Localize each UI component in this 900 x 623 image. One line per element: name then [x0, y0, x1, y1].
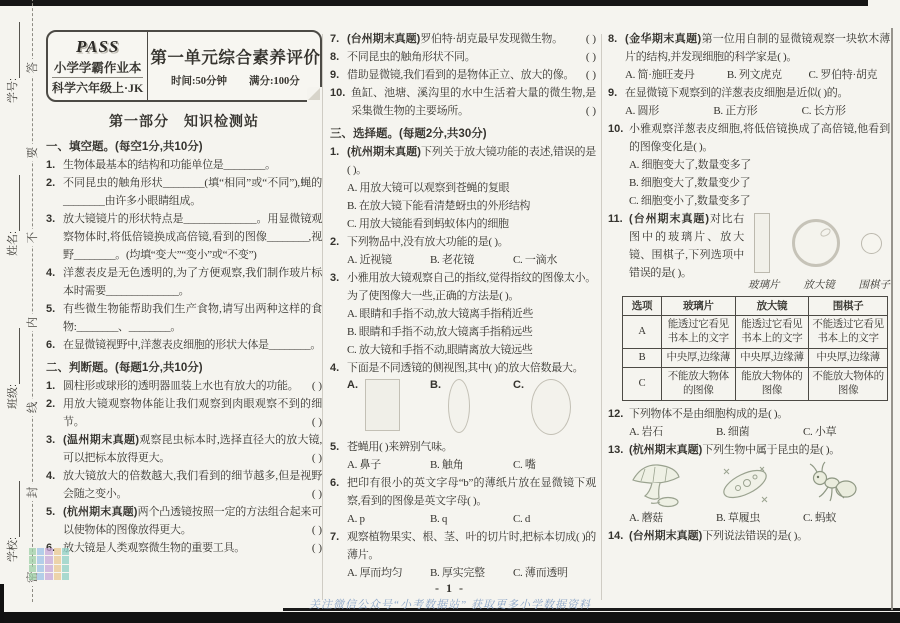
- source-tag: (台州期末真题): [347, 33, 420, 45]
- answer-bracket: ( ): [586, 102, 596, 120]
- q11-comparison-table: 选项 玻璃片 放大镜 围棋子 A 能透过它看见书本上的文字 能透过它看见书本上的…: [622, 296, 888, 401]
- choice-q3-option-a: A. 眼睛和手指不动,放大镜离手指稍近些: [330, 305, 596, 323]
- option: C. 小草: [803, 423, 890, 441]
- question-text: 罗伯特·胡克最早发现微生物。: [420, 33, 562, 45]
- table-header: 选项: [623, 297, 662, 316]
- question-text: 生物体最基本的结构和功能单位是________。: [63, 159, 276, 171]
- choice-q11: 11.(台州期末真题)对比右图中的玻璃片、放大镜、围棋子,下列选项中错误的是( …: [608, 210, 890, 282]
- option: A. 岩石: [629, 423, 716, 441]
- name-blank: [8, 175, 20, 231]
- question-number: 8.: [330, 48, 339, 66]
- series-name: 小学学霸作业本: [54, 58, 142, 76]
- question-text: 下面是不同透镜的侧视图,其中( )的放大倍数最大。: [347, 362, 583, 374]
- table-cell: 不能透过它看见书本上的文字: [809, 316, 888, 349]
- name-field: 姓名:: [4, 175, 20, 256]
- column-3: 8.(金华期末真题)第一位用自制的显微镜观察一块软木薄片的结构,并发现细胞的科学…: [608, 30, 890, 545]
- colorful-watermark-logo: [29, 548, 69, 580]
- question-text: 苍蝇用( )来辨别气味。: [347, 441, 452, 453]
- option: A. p: [347, 510, 430, 528]
- option: B. 细菌: [716, 423, 803, 441]
- flat-lens-figure: [365, 379, 400, 431]
- judge-q3: 3.(温州期末真题)观察昆虫标本时,选择直径大的放大镜,可以把标本放得更大。( …: [46, 431, 322, 467]
- school-blank: [8, 481, 20, 537]
- choice-q6-options: A. p B. q C. d: [330, 510, 596, 528]
- choice-q10: 10.小雅观察洋葱表皮细胞,将低倍镜换成了高倍镜,他看到的图像变化是( )。: [608, 120, 890, 156]
- fill-section-heading: 一、填空题。(每空1分,共10分): [46, 138, 322, 154]
- table-cell: 不能放大物体的图像: [809, 368, 888, 401]
- option: A. 厚而均匀: [347, 564, 430, 582]
- option: A. 圆形: [625, 102, 713, 120]
- footer-watermark: 关注微信公众号“小考数据站” 获取更多小学数据资料: [0, 596, 900, 612]
- choice-q2-options: A. 近视镜 B. 老花镜 C. 一滴水: [330, 251, 596, 269]
- option: C. 罗伯特·胡克: [808, 66, 890, 84]
- question-number: 7.: [330, 528, 339, 546]
- question-text: 不同昆虫的触角形状________(填“相同”或“不同”),蝇的________…: [63, 177, 322, 207]
- question-text: 观察植物果实、根、茎、叶的切片时,把标本切成( )的薄片。: [347, 531, 596, 561]
- option-label: A.: [347, 379, 358, 435]
- paper-title: 第一单元综合素养评价: [150, 44, 320, 68]
- page-right-edge: [891, 28, 893, 610]
- table-header: 放大镜: [735, 297, 809, 316]
- answer-bracket: ( ): [586, 30, 596, 48]
- choice-q3-option-c: C. 放大镜和手指不动,眼睛离放大镜远些: [330, 341, 596, 359]
- option: B. 厚实完整: [430, 564, 513, 582]
- source-tag: (台州期末真题): [629, 530, 702, 542]
- q13-organism-figures: [608, 461, 890, 509]
- choice-q3-option-b: B. 眼睛和手指不动,放大镜离手指稍远些: [330, 323, 596, 341]
- choice-q8: 8.(金华期末真题)第一位用自制的显微镜观察一块软木薄片的结构,并发现细胞的科学…: [608, 30, 890, 66]
- scan-edge-top: [0, 0, 868, 6]
- question-text: 放大镜是人类观察微生物的重要工具。: [63, 542, 245, 554]
- class-blank: [8, 328, 20, 384]
- answer-bracket: ( ): [312, 539, 322, 557]
- choice-q12-options: A. 岩石 B. 细菌 C. 小草: [608, 423, 890, 441]
- table-row: A 能透过它看见书本上的文字 能透过它看见书本上的文字 不能透过它看见书本上的文…: [623, 316, 888, 349]
- choice-q1: 1.(杭州期末真题)下列关于放大镜功能的表述,错误的是( )。: [330, 143, 596, 179]
- choice-q8-options: A. 简·施旺麦丹 B. 列文虎克 C. 罗伯特·胡克: [608, 66, 890, 84]
- table-cell: 中央厚,边缘薄: [735, 349, 809, 368]
- table-header-row: 选项 玻璃片 放大镜 围棋子: [623, 297, 888, 316]
- judge-q4: 4.放大镜放大的倍数越大,我们看到的细节越多,但是视野会随之变小。( ): [46, 467, 322, 503]
- thick-convex-lens-figure: [531, 379, 571, 435]
- answer-bracket: ( ): [586, 48, 596, 66]
- source-tag: (杭州期末真题): [629, 444, 702, 456]
- question-number: 11.: [608, 210, 623, 228]
- option: A. 简·施旺麦丹: [625, 66, 727, 84]
- question-text: 下列生物中属于昆虫的是( )。: [702, 444, 840, 456]
- table-cell: 中央厚,边缘薄: [809, 349, 888, 368]
- source-tag: (温州期末真题): [63, 434, 139, 446]
- option: C. d: [513, 510, 596, 528]
- fill-q1: 1.生物体最基本的结构和功能单位是________。: [46, 156, 322, 174]
- choice-q3: 3.小雅用放大镜观察自己的指纹,觉得指纹的图像太小。为了使图像大一些,正确的方法…: [330, 269, 596, 305]
- pass-logo: PASS: [76, 37, 119, 57]
- question-number: 1.: [330, 143, 339, 161]
- choice-q10-option-b: B. 细胞变大了,数量变少了: [608, 174, 890, 192]
- question-number: 3.: [46, 431, 55, 449]
- part1-title: 第一部分 知识检测站: [46, 111, 322, 131]
- option: B. 正方形: [713, 102, 801, 120]
- question-number: 4.: [330, 359, 339, 377]
- class-label: 班级:: [4, 384, 20, 409]
- question-number: 5.: [46, 503, 55, 521]
- edition-name: 科学六年级上·JK: [52, 77, 143, 96]
- judge-q1: 1.圆柱形或球形的透明器皿装上水也有放大的功能。( ): [46, 377, 322, 395]
- answer-bracket: ( ): [312, 377, 322, 395]
- choice-q7-options: A. 厚而均匀 B. 厚实完整 C. 薄而透明: [330, 564, 596, 582]
- question-number: 7.: [330, 30, 339, 48]
- source-tag: (杭州期末真题): [347, 146, 421, 158]
- judge-q6: 6.放大镜是人类观察微生物的重要工具。( ): [46, 539, 322, 557]
- option: B. 触角: [430, 456, 513, 474]
- paper-header: PASS 小学学霸作业本 科学六年级上·JK 第一单元综合素养评价 时间:50分…: [46, 30, 322, 102]
- choice-q6: 6.把印有很小的英文字母“b”的薄纸片放在显微镜下观察,看到的图像是英文字母( …: [330, 474, 596, 510]
- judge-q8: 8.不同昆虫的触角形状不同。( ): [330, 48, 596, 66]
- answer-bracket: ( ): [312, 521, 322, 539]
- table-header: 玻璃片: [662, 297, 736, 316]
- table-row: B 中央厚,边缘薄 中央厚,边缘薄 中央厚,边缘薄: [623, 349, 888, 368]
- choice-q2: 2.下列物品中,没有放大功能的是( )。: [330, 233, 596, 251]
- question-number: 9.: [330, 66, 339, 84]
- question-number: 3.: [46, 210, 55, 228]
- option: C. 蚂蚁: [803, 509, 890, 527]
- question-text: 小雅用放大镜观察自己的指纹,觉得指纹的图像太小。为了使图像大一些,正确的方法是(…: [347, 272, 596, 302]
- choice-q7: 7.观察植物果实、根、茎、叶的切片时,把标本切成( )的薄片。: [330, 528, 596, 564]
- judge-q10: 10.鱼缸、池塘、溪沟里的水中生活着大量的微生物,是采集微生物的主要场所。( ): [330, 84, 596, 120]
- question-text: 把印有很小的英文字母“b”的薄纸片放在显微镜下观察,看到的图像是英文字母( )。: [347, 477, 596, 507]
- question-number: 9.: [608, 84, 617, 102]
- answer-bracket: ( ): [312, 413, 322, 431]
- source-tag: (杭州期末真题): [63, 506, 137, 518]
- binding-seal-line: 密 封 线 内 不 要 答 题: [24, 0, 40, 612]
- judge-q9: 9.借助显微镜,我们看到的是物体正立、放大的像。( ): [330, 66, 596, 84]
- question-text: 下列物体不是由细胞构成的是( )。: [629, 408, 788, 420]
- question-text: 在显微镜视野中,洋葱表皮细胞的形状大体是________。: [63, 339, 321, 351]
- option: B. 老花镜: [430, 251, 513, 269]
- fill-q3: 3.放大镜镜片的形状特点是______________。用显微镜观察物体时,将低…: [46, 210, 322, 264]
- choice-q10-option-c: C. 细胞变小了,数量变多了: [608, 192, 890, 210]
- seal-char: 答: [24, 59, 40, 77]
- question-text: 圆柱形或球形的透明器皿装上水也有放大的功能。: [63, 380, 298, 392]
- column-divider-2: [601, 34, 602, 600]
- dog-ear-corner: [307, 87, 322, 102]
- table-header: 围棋子: [809, 297, 888, 316]
- table-cell: 中央厚,边缘薄: [662, 349, 736, 368]
- school-field: 学校:: [4, 481, 20, 562]
- question-number: 8.: [608, 30, 617, 48]
- choice-q12: 12.下列物体不是由细胞构成的是( )。: [608, 405, 890, 423]
- source-tag: (台州期末真题): [629, 213, 709, 225]
- student-id-field: 学号:: [4, 22, 20, 103]
- option: A. 鼻子: [347, 456, 430, 474]
- table-cell: 能透过它看见书本上的文字: [735, 316, 809, 349]
- lens-side-view-figures: A. B. C.: [330, 379, 596, 435]
- choice-q5: 5.苍蝇用( )来辨别气味。: [330, 438, 596, 456]
- table-cell: 能放大物体的图像: [735, 368, 809, 401]
- student-id-blank: [8, 22, 20, 78]
- fill-q4: 4.洋葱表皮是无色透明的,为了方便观察,我们制作玻片标本时需要_________…: [46, 264, 322, 300]
- thin-convex-lens-figure: [448, 379, 470, 433]
- question-text: 不同昆虫的触角形状不同。: [347, 51, 475, 63]
- option: B. q: [430, 510, 513, 528]
- row-option: C: [623, 368, 662, 401]
- question-text: 下列物品中,没有放大功能的是( )。: [347, 236, 508, 248]
- option: C. 一滴水: [513, 251, 596, 269]
- choice-q14: 14.(台州期末真题)下列说法错误的是( )。: [608, 527, 890, 545]
- option-label: C.: [513, 379, 524, 435]
- fill-q5: 5.有些微生物能帮助我们生产食物,请写出两种这样的食物:________、___…: [46, 300, 322, 336]
- choice-q13: 13.(杭州期末真题)下列生物中属于昆虫的是( )。: [608, 441, 890, 459]
- choice-section-heading: 三、选择题。(每题2分,共30分): [330, 125, 596, 141]
- judge-q7: 7.(台州期末真题)罗伯特·胡克最早发现微生物。( ): [330, 30, 596, 48]
- scanned-exam-page: { "binding": { "fields": ["学号:", "姓名:", …: [0, 0, 900, 623]
- question-text: 鱼缸、池塘、溪沟里的水中生活着大量的微生物,是采集微生物的主要场所。: [351, 87, 596, 117]
- source-tag: (金华期末真题): [625, 33, 701, 45]
- table-cell: 不能放大物体的图像: [662, 368, 736, 401]
- question-number: 3.: [330, 269, 339, 287]
- fill-q2: 2.不同昆虫的触角形状________(填“相同”或“不同”),蝇的______…: [46, 174, 322, 210]
- table-cell: 能透过它看见书本上的文字: [662, 316, 736, 349]
- question-number: 5.: [330, 438, 339, 456]
- column-divider-1: [322, 34, 323, 600]
- question-number: 6.: [330, 474, 339, 492]
- name-label: 姓名:: [4, 231, 20, 256]
- option: C. 嘴: [513, 456, 596, 474]
- lens-option-b: B.: [430, 379, 513, 435]
- question-text: 在显微镜下观察到的洋葱表皮细胞是近似( )的。: [625, 87, 848, 99]
- row-option: B: [623, 349, 662, 368]
- option: C. 薄而透明: [513, 564, 596, 582]
- question-number: 4.: [46, 264, 55, 282]
- time-limit: 时间:50分钟: [171, 73, 227, 88]
- question-number: 1.: [46, 377, 55, 395]
- question-text: 放大镜放大的倍数越大,我们看到的细节越多,但是视野会随之变小。: [63, 470, 322, 500]
- question-number: 2.: [330, 233, 339, 251]
- binding-student-fields: 学号: 姓名: 班级: 学校:: [1, 0, 23, 612]
- question-number: 6.: [46, 336, 55, 354]
- question-number: 2.: [46, 174, 55, 192]
- choice-q11-block: 玻璃片 放大镜 围棋子 11.(台州期末真题)对比右图中的玻璃片、放大镜、围棋子…: [608, 210, 890, 292]
- seal-char: 不: [24, 229, 40, 247]
- paper-meta: 时间:50分钟 满分:100分: [171, 73, 300, 88]
- table-row: C 不能放大物体的图像 能放大物体的图像 不能放大物体的图像: [623, 368, 888, 401]
- question-text: 用放大镜观察物体能让我们观察到肉眼观察不到的细节。: [63, 398, 322, 428]
- question-text: 下列说法错误的是( )。: [702, 530, 807, 542]
- judge-q5: 5.(杭州期末真题)两个凸透镜按照一定的方法组合起来可以使物体的图像放得更大。(…: [46, 503, 322, 539]
- question-text: 洋葱表皮是无色透明的,为了方便观察,我们制作玻片标本时需要___________…: [63, 267, 322, 297]
- mushroom-icon: [629, 461, 716, 509]
- page-number: - 1 -: [0, 581, 900, 596]
- class-field: 班级:: [4, 328, 20, 409]
- question-number: 2.: [46, 395, 55, 413]
- title-block: 第一单元综合素养评价 时间:50分钟 满分:100分: [148, 32, 322, 100]
- option: B. 列文虎克: [727, 66, 809, 84]
- question-number: 14.: [608, 527, 623, 545]
- lens-option-a: A.: [347, 379, 430, 435]
- question-text: 小雅观察洋葱表皮细胞,将低倍镜换成了高倍镜,他看到的图像变化是( )。: [629, 123, 890, 153]
- column-2: 7.(台州期末真题)罗伯特·胡克最早发现微生物。( ) 8.不同昆虫的触角形状不…: [330, 30, 596, 582]
- judge-q2: 2.用放大镜观察物体能让我们观察到肉眼观察不到的细节。( ): [46, 395, 322, 431]
- school-label: 学校:: [4, 537, 20, 562]
- option: C. 长方形: [802, 102, 890, 120]
- question-number: 13.: [608, 441, 623, 459]
- question-number: 4.: [46, 467, 55, 485]
- scan-edge-bottom: [0, 612, 900, 623]
- choice-q13-options: A. 蘑菇 B. 草履虫 C. 蚂蚁: [608, 509, 890, 527]
- option: A. 近视镜: [347, 251, 430, 269]
- choice-q9-options: A. 圆形 B. 正方形 C. 长方形: [608, 102, 890, 120]
- question-number: 5.: [46, 300, 55, 318]
- question-number: 12.: [608, 405, 623, 423]
- option-label: B.: [430, 379, 441, 435]
- seal-char: 内: [24, 314, 40, 332]
- row-option: A: [623, 316, 662, 349]
- ant-icon: [803, 461, 890, 509]
- question-number: 1.: [46, 156, 55, 174]
- choice-q1-option-a: A. 用放大镜可以观察到苍蝇的复眼: [330, 179, 596, 197]
- lens-option-c: C.: [513, 379, 596, 435]
- question-number: 10.: [608, 120, 623, 138]
- fill-q6: 6.在显微镜视野中,洋葱表皮细胞的形状大体是________。: [46, 336, 322, 354]
- answer-bracket: ( ): [312, 449, 322, 467]
- student-id-label: 学号:: [4, 78, 20, 103]
- column-1: PASS 小学学霸作业本 科学六年级上·JK 第一单元综合素养评价 时间:50分…: [46, 30, 322, 557]
- answer-bracket: ( ): [586, 66, 596, 84]
- question-text: 借助显微镜,我们看到的是物体正立、放大的像。: [347, 69, 574, 81]
- seal-char: 封: [24, 484, 40, 502]
- judge-section-heading: 二、判断题。(每题1分,共10分): [46, 359, 322, 375]
- choice-q9: 9.在显微镜下观察到的洋葱表皮细胞是近似( )的。: [608, 84, 890, 102]
- seal-char: 要: [24, 144, 40, 162]
- publisher-block: PASS 小学学霸作业本 科学六年级上·JK: [48, 32, 148, 100]
- option: A. 蘑菇: [629, 509, 716, 527]
- full-score: 满分:100分: [249, 73, 300, 88]
- choice-q5-options: A. 鼻子 B. 触角 C. 嘴: [330, 456, 596, 474]
- choice-q10-option-a: A. 细胞变大了,数量变多了: [608, 156, 890, 174]
- seal-char: 线: [24, 399, 40, 417]
- question-number: 10.: [330, 84, 345, 102]
- choice-q1-option-b: B. 在放大镜下能看清楚蚜虫的外形结构: [330, 197, 596, 215]
- answer-bracket: ( ): [312, 485, 322, 503]
- question-text: 有些微生物能帮助我们生产食物,请写出两种这样的食物:________、_____…: [63, 303, 322, 333]
- option: B. 草履虫: [716, 509, 803, 527]
- choice-q1-option-c: C. 用放大镜能看到蚂蚁体内的细胞: [330, 215, 596, 233]
- choice-q4: 4.下面是不同透镜的侧视图,其中( )的放大倍数最大。: [330, 359, 596, 377]
- paramecium-icon: [716, 461, 803, 509]
- question-text: 放大镜镜片的形状特点是______________。用显微镜观察物体时,将低倍镜…: [63, 213, 322, 261]
